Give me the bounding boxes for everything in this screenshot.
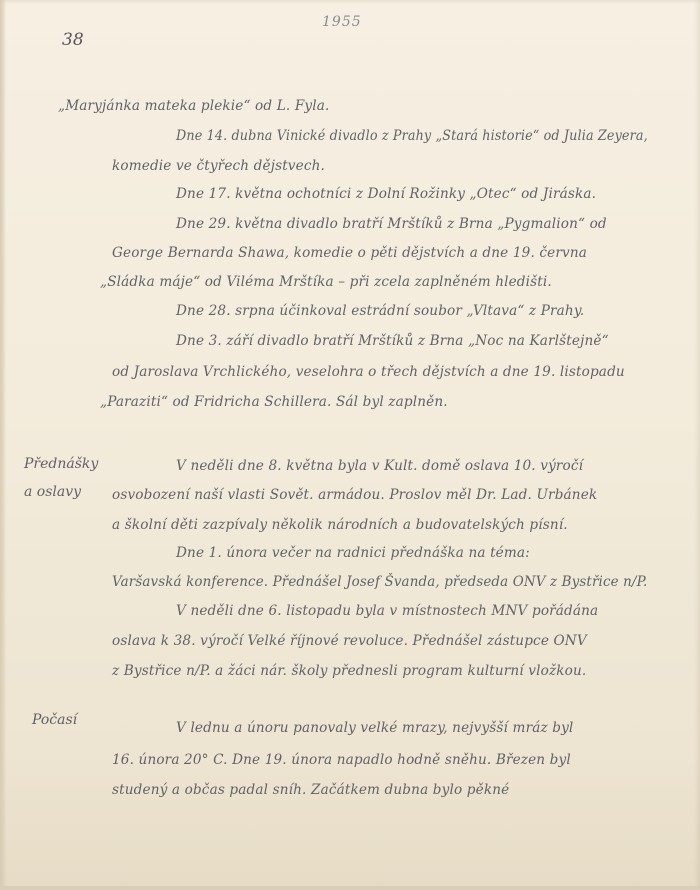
text-line: 16. února 20° C. Dne 19. února napadlo h… — [112, 752, 571, 768]
text-line: a školní děti zazpívaly několik národníc… — [112, 517, 568, 533]
margin-note-line: a oslavy — [24, 484, 98, 500]
text-line: Dne 1. února večer na radnici přednáška … — [176, 545, 530, 561]
text-line: z Bystřice n/P. a žáci nár. školy předne… — [112, 663, 586, 679]
manuscript-page: 1955 38 „Maryjánka mateka plekie“ od L. … — [0, 0, 700, 890]
text-line: studený a občas padal sníh. Začátkem dub… — [112, 782, 509, 798]
text-line: Dne 14. dubna Vinické divadlo z Prahy „S… — [176, 128, 648, 144]
text-line: V neděli dne 8. května byla v Kult. domě… — [176, 458, 583, 474]
margin-note-line: Přednášky — [24, 456, 98, 472]
text-line: „Maryjánka mateka plekie“ od L. Fyla. — [58, 98, 329, 114]
text-line: od Jaroslava Vrchlického, veselohra o tř… — [112, 364, 625, 380]
text-line: Dne 17. května ochotníci z Dolní Rožinky… — [176, 186, 596, 202]
margin-note-lectures: Přednášky a oslavy — [24, 456, 98, 500]
text-line: Varšavská konference. Přednášel Josef Šv… — [112, 574, 647, 590]
text-line: Dne 29. května divadlo bratří Mrštíků z … — [176, 216, 607, 232]
text-line: Dne 3. září divadlo bratří Mrštíků z Brn… — [176, 333, 609, 349]
text-line: osvobození naší vlasti Sovět. armádou. P… — [112, 487, 597, 503]
text-line: Dne 28. srpna účinkoval estrádní soubor … — [176, 303, 584, 319]
text-line: V neděli dne 6. listopadu byla v místnos… — [176, 603, 598, 619]
text-line: komedie ve čtyřech dějstvech. — [112, 158, 325, 174]
page-number: 38 — [62, 30, 84, 50]
text-line: „Sládka máje“ od Viléma Mrštíka – při zc… — [100, 274, 552, 290]
text-line: V lednu a únoru panovaly velké mrazy, ne… — [176, 720, 573, 736]
margin-note-weather: Počasí — [32, 712, 77, 728]
text-line: „Paraziti“ od Fridricha Schillera. Sál b… — [100, 394, 448, 410]
text-line: George Bernarda Shawa, komedie o pěti dě… — [112, 245, 587, 261]
year-header: 1955 — [322, 14, 362, 30]
text-line: oslava k 38. výročí Velké říjnové revolu… — [112, 633, 587, 649]
